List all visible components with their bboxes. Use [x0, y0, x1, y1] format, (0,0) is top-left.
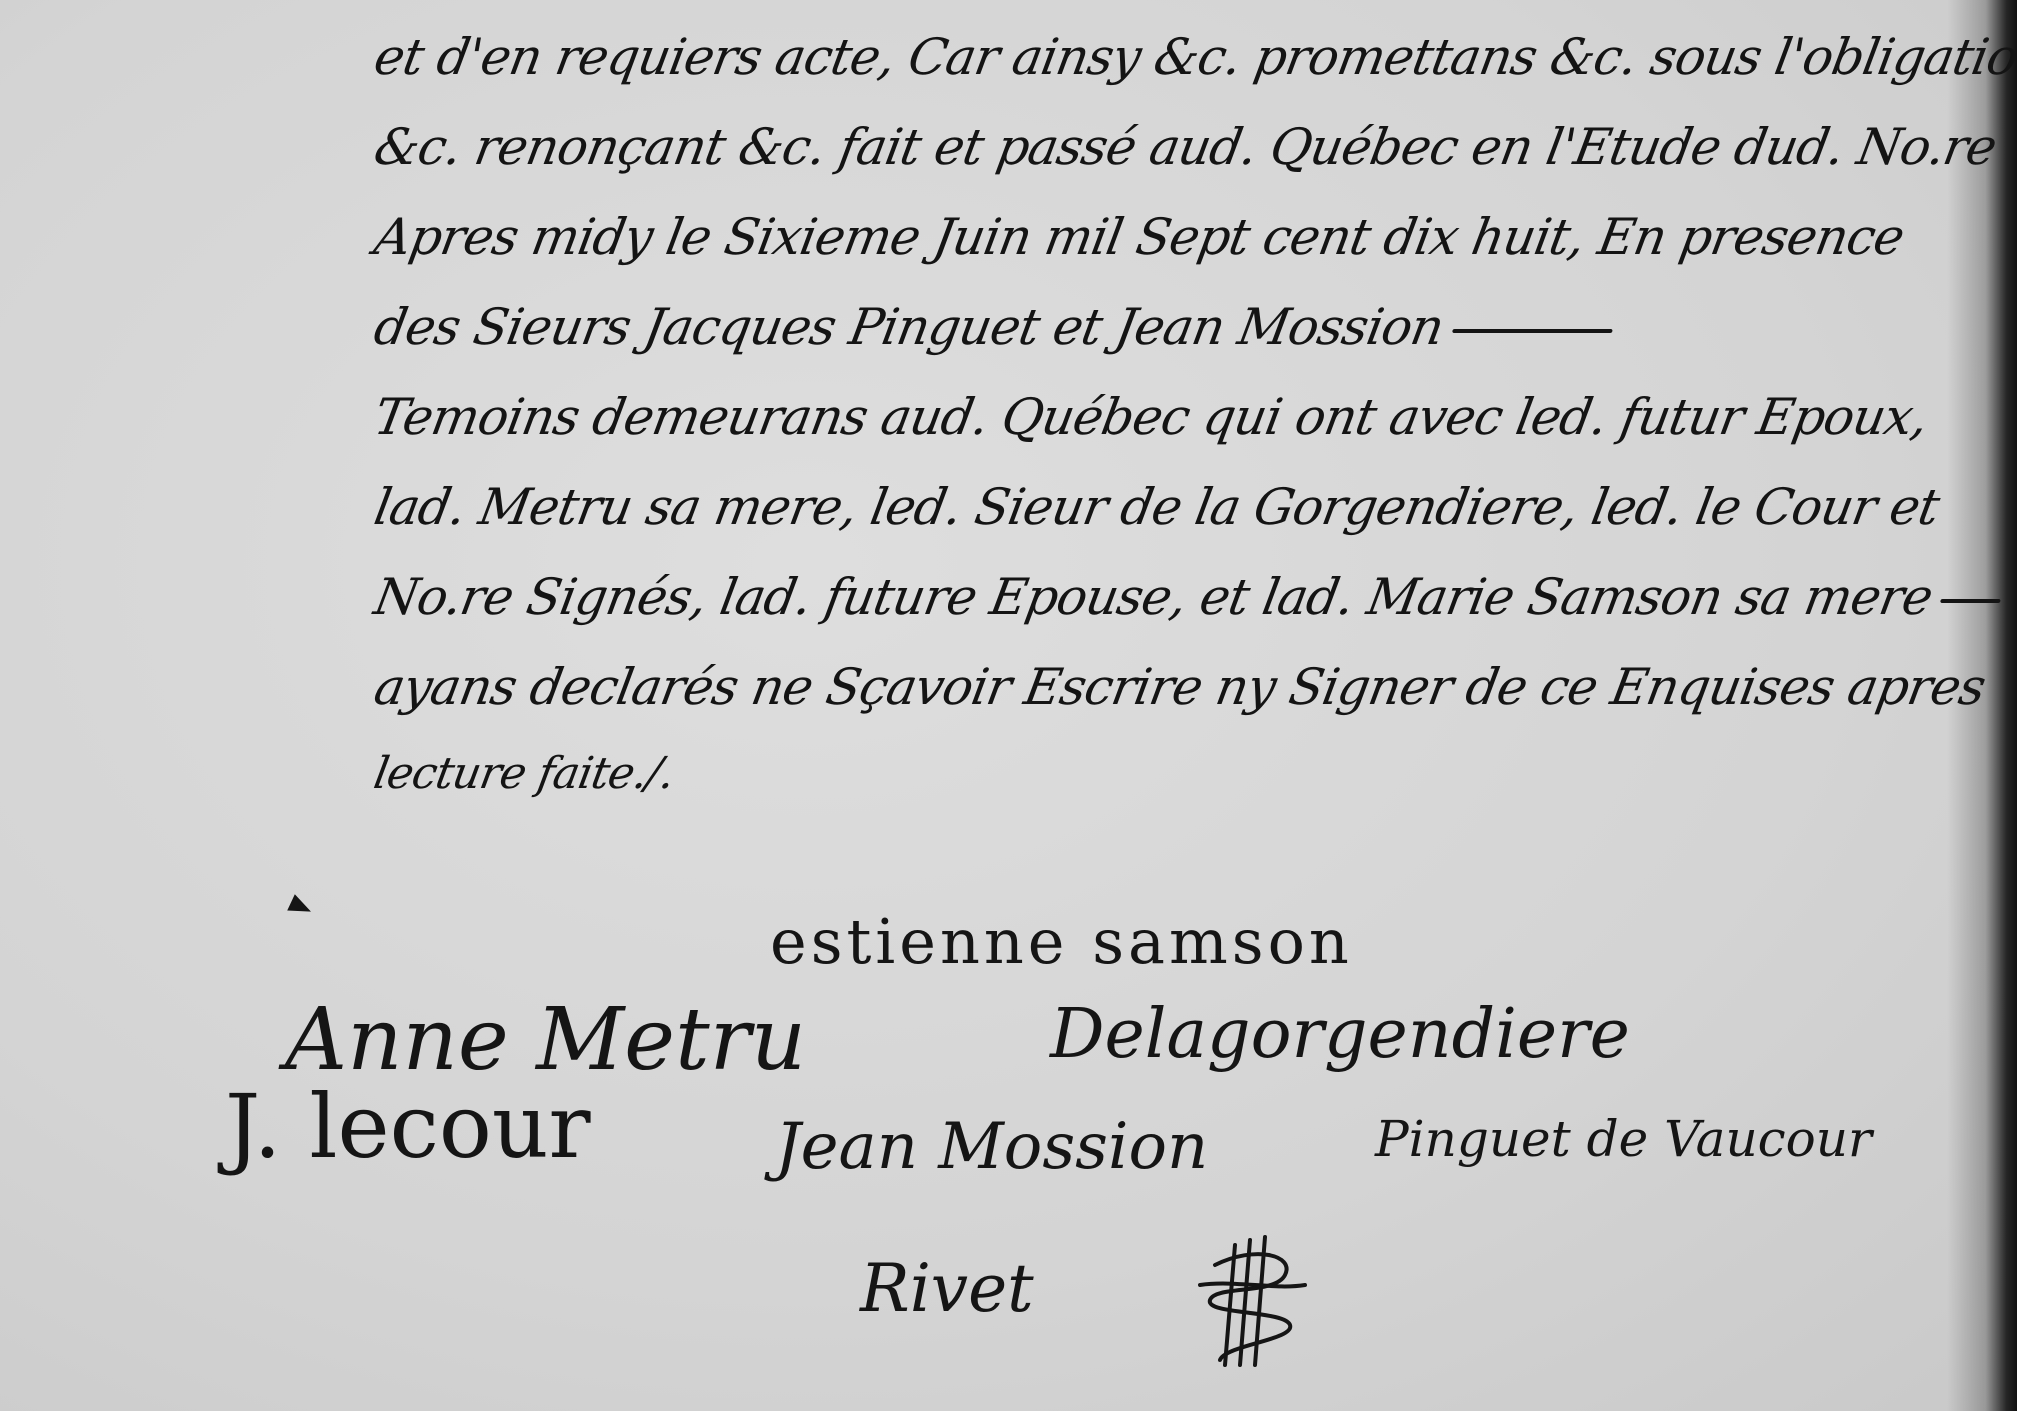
text-line-6-content: lad. Metru sa mere, led. Sieur de la Gor… — [370, 478, 1943, 536]
signature-jean-mossion: Jean Mossion — [775, 1110, 1208, 1184]
text-line-6: lad. Metru sa mere, led. Sieur de la Gor… — [370, 478, 1943, 536]
text-line-1-content: et d'en requiers acte, Car ainsy &c. pro… — [370, 28, 2017, 86]
margin-mark-icon — [287, 894, 315, 920]
text-line-3-content: Apres midy le Sixieme Juin mil Sept cent… — [370, 208, 1908, 266]
signature-pinguet-de-vaucour: Pinguet de Vaucour — [1375, 1110, 1872, 1168]
text-line-7-content: No.re Signés, lad. future Epouse, et lad… — [370, 568, 1937, 626]
text-line-9-content: lecture faite./. — [370, 748, 678, 799]
signature-rivet: Rivet — [860, 1250, 1034, 1327]
signature-delagorgendiere: Delagorgendiere — [1050, 995, 1630, 1074]
text-line-3: Apres midy le Sixieme Juin mil Sept cent… — [370, 208, 1908, 266]
signature-estienne-samson: estienne samson — [770, 905, 1353, 978]
line-filler-flourish — [1452, 329, 1613, 333]
text-line-7: No.re Signés, lad. future Epouse, et lad… — [370, 568, 2007, 626]
text-line-8: ayans declarés ne Sçavoir Escrire ny Sig… — [370, 658, 1989, 716]
text-line-5-content: Temoins demeurans aud. Québec qui ont av… — [370, 388, 1932, 446]
text-line-8-content: ayans declarés ne Sçavoir Escrire ny Sig… — [370, 658, 1989, 716]
signature-j-lecour: J. lecour — [225, 1075, 591, 1178]
line-filler-flourish — [1940, 599, 2001, 603]
text-line-4-content: des Sieurs Jacques Pinguet et Jean Mossi… — [370, 298, 1448, 356]
manuscript-page: et d'en requiers acte, Car ainsy &c. pro… — [0, 0, 2017, 1411]
text-line-9: lecture faite./. — [370, 748, 678, 799]
text-line-4: des Sieurs Jacques Pinguet et Jean Mossi… — [370, 298, 1618, 356]
text-line-1: et d'en requiers acte, Car ainsy &c. pro… — [370, 28, 2017, 86]
text-line-2-content: &c. renonçant &c. fait et passé aud. Qué… — [370, 118, 2000, 176]
text-line-2: &c. renonçant &c. fait et passé aud. Qué… — [370, 118, 2000, 176]
text-line-5: Temoins demeurans aud. Québec qui ont av… — [370, 388, 1932, 446]
notary-paraphe-icon — [1195, 1225, 1315, 1375]
